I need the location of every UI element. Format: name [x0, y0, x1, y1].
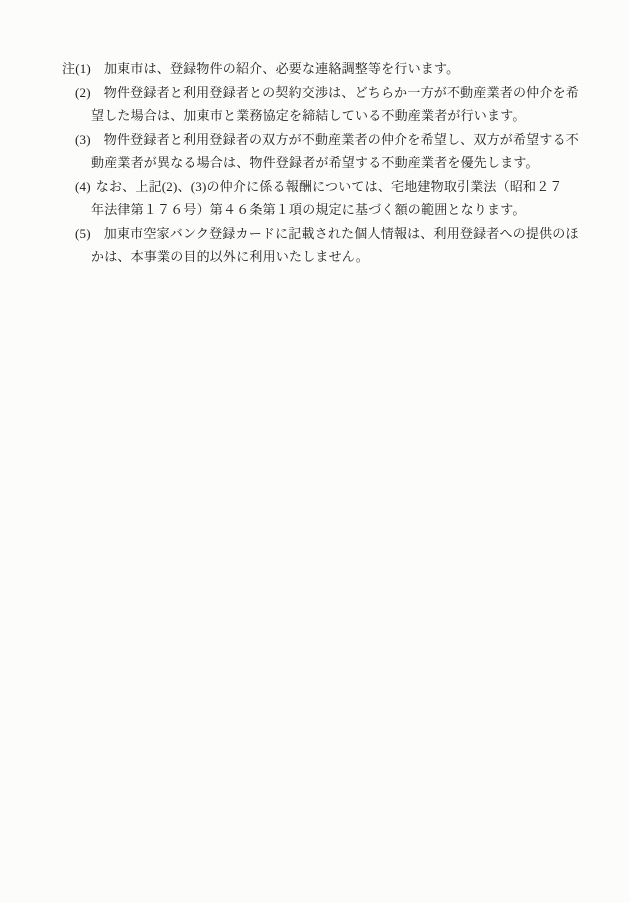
- item-3-number: (3): [75, 128, 91, 152]
- note-item-3-line-1: (3)物件登録者と利用登録者の双方が不動産業者の仲介を希望し、双方が希望する不: [0, 128, 630, 152]
- item-5-number: (5): [75, 222, 91, 246]
- note-item-2-line-2: 望した場合は、加東市と業務協定を締結している不動産業者が行います。: [0, 104, 630, 128]
- note-item-3-line-2: 動産業者が異なる場合は、物件登録者が希望する不動産業者を優先します。: [0, 151, 630, 175]
- note-item-5-line-2: かは、本事業の目的以外に利用いたしません。: [0, 245, 630, 269]
- item-1-text: 加東市は、登録物件の紹介、必要な連絡調整等を行います。: [104, 61, 459, 76]
- note-item-5-line-1: (5)加東市空家バンク登録カードに記載された個人情報は、利用登録者への提供のほ: [0, 222, 630, 246]
- item-4-text: なお、上記(2)、(3)の仲介に係る報酬については、宅地建物取引業法（昭和２７: [96, 179, 563, 194]
- notes-section: 注(1)加東市は、登録物件の紹介、必要な連絡調整等を行います。 (2)物件登録者…: [0, 57, 630, 269]
- item-5-text: 加東市空家バンク登録カードに記載された個人情報は、利用登録者への提供のほ: [104, 226, 579, 241]
- item-4-number: (4): [75, 175, 91, 199]
- note-item-4-line-1: (4)なお、上記(2)、(3)の仲介に係る報酬については、宅地建物取引業法（昭和…: [0, 175, 630, 199]
- note-item-4-line-2: 年法律第１７６号）第４６条第１項の規定に基づく額の範囲となります。: [0, 198, 630, 222]
- item-3-text: 物件登録者と利用登録者の双方が不動産業者の仲介を希望し、双方が希望する不: [104, 132, 579, 147]
- note-marker: 注: [62, 61, 75, 76]
- note-item-1-line-1: 注(1)加東市は、登録物件の紹介、必要な連絡調整等を行います。: [0, 57, 630, 81]
- note-item-2-line-1: (2)物件登録者と利用登録者との契約交渉は、どちらか一方が不動産業者の仲介を希: [0, 81, 630, 105]
- item-1-number: (1): [75, 57, 91, 81]
- item-2-text: 物件登録者と利用登録者との契約交渉は、どちらか一方が不動産業者の仲介を希: [104, 85, 579, 100]
- item-2-number: (2): [75, 81, 91, 105]
- document-page: 注(1)加東市は、登録物件の紹介、必要な連絡調整等を行います。 (2)物件登録者…: [0, 0, 630, 903]
